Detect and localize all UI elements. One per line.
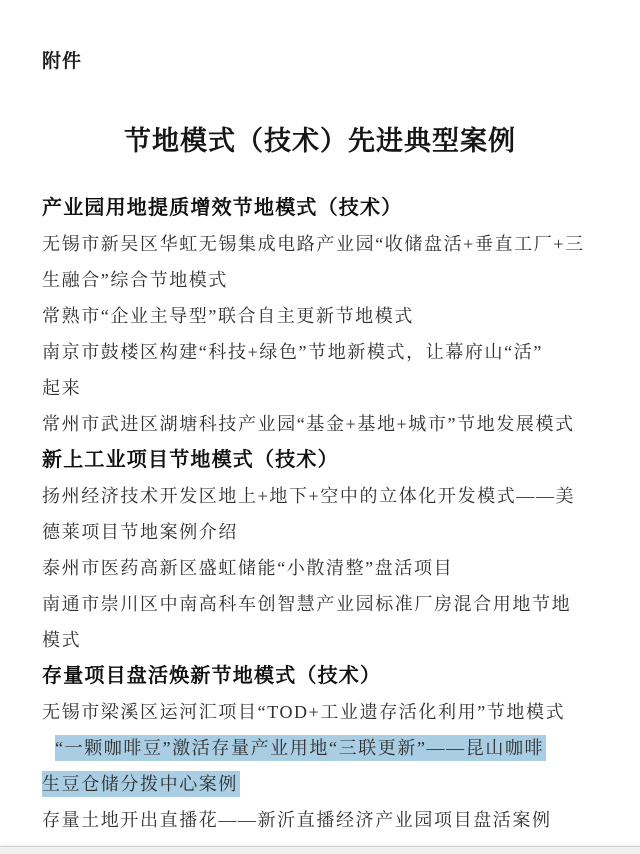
case-item-line: 生融合”综合节地模式: [42, 262, 608, 298]
section-heading: 存量项目盘活焕新节地模式（技术）: [42, 658, 608, 694]
case-item-line: 常州市武进区湖塘科技产业园“基金+基地+城市”节地发展模式: [42, 406, 608, 442]
case-item-line: 无锡市梁溪区运河汇项目“TOD+工业遗存活化利用”节地模式: [42, 694, 608, 730]
case-item-line: 泰州市医药高新区盛虹储能“小散清整”盘活项目: [42, 550, 608, 586]
case-item-line: 起来: [42, 370, 608, 406]
text-selection-highlight: “一颗咖啡豆”激活存量产业用地“三联更新”——昆山咖啡: [55, 735, 546, 761]
case-item-line: 南通市崇川区中南高科车创智慧产业园标准厂房混合用地节地: [42, 586, 608, 622]
page-title: 节地模式（技术）先进典型案例: [0, 119, 640, 158]
highlighted-case-line: 生豆仓储分拨中心案例: [42, 766, 608, 802]
section-heading: 产业园用地提质增效节地模式（技术）: [42, 190, 608, 226]
highlighted-case-line: “一颗咖啡豆”激活存量产业用地“三联更新”——昆山咖啡: [42, 730, 608, 766]
section-heading: 新上工业项目节地模式（技术）: [42, 442, 608, 478]
case-item-line: 德莱项目节地案例介绍: [42, 514, 608, 550]
document-body: 产业园用地提质增效节地模式（技术） 无锡市新吴区华虹无锡集成电路产业园“收储盘活…: [42, 190, 608, 838]
case-item-line: 扬州经济技术开发区地上+地下+空中的立体化开发模式——美: [42, 478, 608, 514]
case-item-line: 无锡市新吴区华虹无锡集成电路产业园“收储盘活+垂直工厂+三: [42, 226, 608, 262]
case-item-line: 存量土地开出直播花——新沂直播经济产业园项目盘活案例: [42, 802, 608, 838]
attachment-label: 附件: [42, 46, 82, 73]
case-item-line: 南京市鼓楼区构建“科技+绿色”节地新模式，让幕府山“活”: [42, 334, 608, 370]
case-item-line: 常熟市“企业主导型”联合自主更新节地模式: [42, 298, 608, 334]
text-selection-highlight: 生豆仓储分拨中心案例: [42, 771, 240, 797]
page-bottom-edge: [0, 846, 640, 854]
case-item-line: 模式: [42, 622, 608, 658]
